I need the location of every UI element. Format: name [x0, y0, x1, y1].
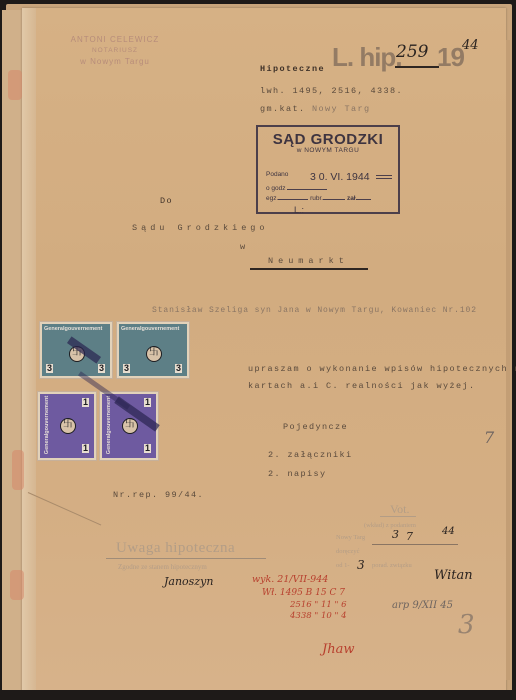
vot-date-line [372, 544, 458, 545]
pencil-mark: 3 [458, 610, 475, 640]
l-hip-year-suffix: 44 [462, 38, 479, 53]
stain-mark [10, 570, 24, 600]
vot-stamp-line4-prefix: od 1- [336, 562, 350, 569]
addressee-do: Do [160, 196, 173, 206]
vot-count: 3 [357, 558, 365, 572]
stamp-value: 3 [46, 364, 53, 373]
lwh-label: lwh. [260, 86, 286, 96]
rep-label: Nr.rep. [113, 490, 159, 500]
red-line-1: Wł. 1495 B 15 C 7 [262, 588, 345, 598]
egz-label: egz. [266, 195, 278, 202]
attachment-item-2: 2. napisy [268, 469, 327, 479]
o-godz-field [287, 189, 327, 190]
vot-date-year: 44 [442, 526, 455, 537]
addressee-w: w [240, 242, 247, 252]
red-signature: Jhaw [322, 642, 354, 657]
attachment-item-1: 2. załączniki [268, 450, 353, 460]
vot-stamp-title: Vot. [390, 502, 409, 517]
vot-date-month: 7 [406, 530, 413, 543]
vot-stamp-line1: (wkład) z podaniem [364, 522, 416, 529]
addressee-court: Sądu Grodzkiego [132, 223, 269, 233]
podano-label: Podano [266, 171, 288, 178]
addressee-city: Neumarkt [268, 256, 349, 266]
egz-field [278, 199, 308, 200]
court-stamp-title: SĄD GRODZKI [258, 131, 398, 148]
lwh-values: 1495, 2516, 4338. [293, 86, 404, 96]
request-line-1: upraszam o wykonanie wpisów hipotecznych… [248, 364, 516, 374]
background-edge [0, 690, 516, 700]
stain-mark [8, 70, 22, 100]
revenue-stamp-1-a: Generalgouvernement 卐 1 1 [38, 392, 96, 460]
signature-left: Janoszyn [164, 575, 213, 588]
city-underline [250, 268, 368, 270]
stamp-value: 3 [98, 364, 105, 373]
gm-kat-value: Nowy Targ [312, 104, 371, 114]
stamp-value: 1 [82, 398, 89, 407]
vot-stamp-line3: doręczyć [336, 548, 359, 555]
court-stamp-date: 3 0. VI. 1944 [310, 171, 370, 183]
stamp-header: Generalgouvernement [106, 396, 112, 454]
vot-stamp-rule [380, 516, 416, 517]
stain-mark [12, 450, 24, 490]
uwaga-stamp-title: Uwaga hipoteczna [116, 540, 235, 557]
l-hip-year-prefix: 19 [437, 42, 464, 73]
stamp-double-line [376, 175, 392, 179]
vot-stamp-line4-suffix: porad. związku [372, 562, 412, 569]
stamp-value: 1 [144, 444, 151, 453]
revenue-stamp-3-b: Generalgouvernement 卐 3 3 [117, 322, 189, 378]
stamp-value: 3 [123, 364, 130, 373]
eagle-emblem-icon: 卐 [60, 418, 76, 434]
stamp-value: 1 [82, 444, 89, 453]
court-stamp-subtitle: w NOWYM TARGU [258, 147, 398, 154]
notary-title: NOTARIUSZ [50, 46, 180, 55]
margin-mark: 7 [484, 428, 494, 447]
attachments-heading: Pojedyncze [283, 422, 348, 432]
o-godz-label: o godz [266, 185, 286, 192]
l-label: L.: [294, 205, 304, 215]
eagle-emblem-icon: 卐 [122, 418, 138, 434]
torn-left-margin [22, 8, 36, 692]
uwaga-stamp-rule [106, 558, 266, 559]
vot-stamp-line2: Nowy Targ [336, 534, 365, 541]
red-line-2: 2516 " 11 " 6 [290, 600, 346, 610]
notary-stamp: ANTONI CELEWICZ NOTARIUSZ w Nowym Targu [50, 33, 180, 68]
notary-name: ANTONI CELEWICZ [50, 33, 180, 46]
l-field [304, 212, 354, 213]
rubr-field [323, 199, 345, 200]
stamp-header: Generalgouvernement [44, 326, 102, 332]
rubr-label: rubr. [310, 195, 323, 202]
court-received-stamp: SĄD GRODZKI w NOWYM TARGU Podano 3 0. VI… [256, 125, 400, 214]
request-line-2: kartach a.i C. realności jak wyżej. [248, 381, 476, 391]
revenue-stamp-3-a: Generalgouvernement 卐 3 3 [40, 322, 112, 378]
uwaga-stamp-subtitle: Zgodne ze stanem hipotecznym [118, 563, 207, 571]
red-line-3: 4338 " 10 " 4 [290, 611, 346, 621]
page-edge-right [506, 40, 510, 680]
stamp-value: 3 [175, 364, 182, 373]
stamp-value: 1 [144, 398, 151, 407]
pencil-note: arp 9/XII 45 [392, 600, 453, 611]
red-wyk-note: wyk. 21/VII-944 [252, 574, 328, 585]
signature-right: Witan [434, 568, 473, 583]
l-hip-underline [395, 66, 439, 68]
zal-label: zał. [347, 195, 357, 202]
vot-date-day: 3 [392, 528, 399, 541]
stamp-header: Generalgouvernement [44, 396, 50, 454]
stamp-header: Generalgouvernement [121, 326, 179, 332]
l-hip-number: 259 [396, 42, 428, 62]
applicant-line: Stanisław Szeliga syn Jana w Nowym Targu… [152, 306, 477, 315]
eagle-emblem-icon: 卐 [146, 346, 162, 362]
zal-field [357, 199, 371, 200]
hipoteczne-label: Hipoteczne [260, 64, 325, 74]
rep-value: 99/44. [165, 490, 204, 500]
l-hip-stamp: L. hip. [332, 42, 402, 73]
notary-location: w Nowym Targu [50, 55, 180, 68]
gm-kat-label: gm.kat. [260, 104, 306, 114]
